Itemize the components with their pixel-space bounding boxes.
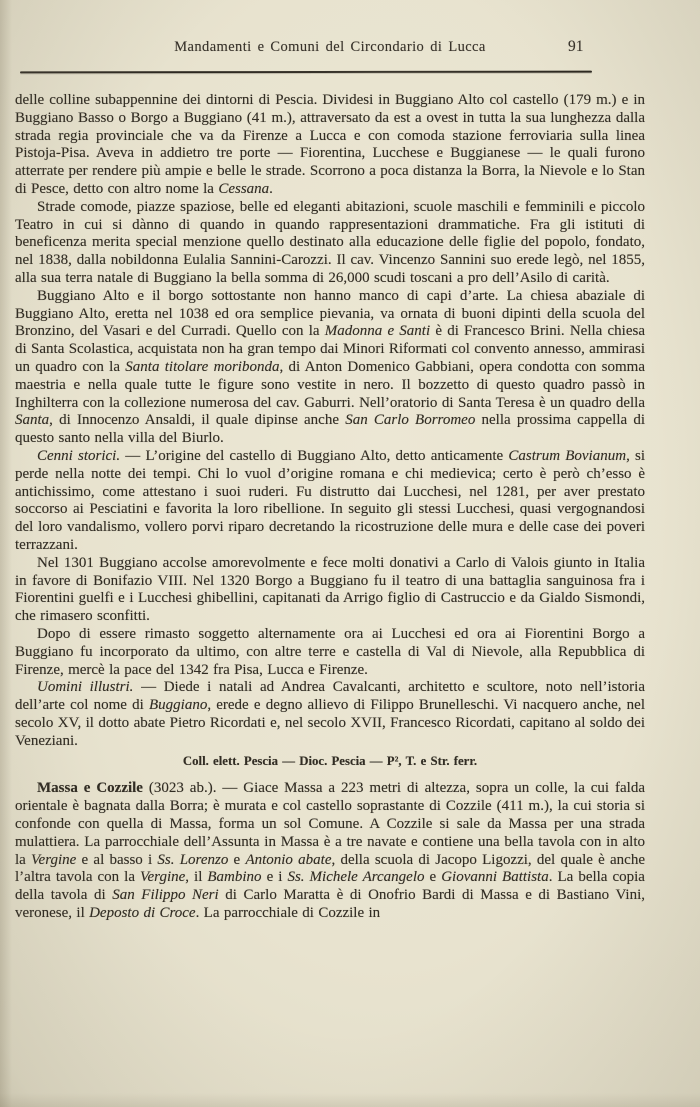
italic-text-run: Buggiano [149, 697, 207, 713]
header-rule [20, 71, 592, 74]
paragraph-uomini-illustri: Uomini illustri. — Diede i natali ad And… [15, 679, 645, 750]
text-run: , di Innocenzo Ansaldi, il quale dipinse… [49, 412, 345, 428]
administrative-note: Coll. elett. Pescia — Dioc. Pescia — P²,… [15, 754, 645, 769]
paragraph-massa-e-cozzile: Massa e Cozzile (3023 ab.). — Giace Mass… [15, 780, 645, 922]
text-run: Nel 1301 Buggiano accolse amorevolmente … [15, 555, 645, 624]
paragraph-cenni-storici: Cenni storici. — L’origine del castello … [15, 448, 645, 555]
italic-text-run: Santa [15, 412, 49, 428]
scan-edge-shadow-bottom [0, 1093, 700, 1107]
text-run: Coll. elett. Pescia — Dioc. Pescia — P²,… [183, 754, 477, 768]
text-run: e [228, 852, 245, 868]
text-run: Dopo di essere rimasto soggetto alternam… [15, 626, 645, 678]
paragraph-1301-1320: Nel 1301 Buggiano accolse amorevolmente … [15, 555, 645, 626]
paragraph-pace-1342: Dopo di essere rimasto soggetto alternam… [15, 626, 645, 679]
scan-edge-shadow-left [0, 0, 12, 1107]
italic-text-run: Uomini illustri. [37, 679, 133, 695]
italic-text-run: Castrum Bovianum [508, 448, 626, 464]
italic-text-run: Deposto di Croce [89, 905, 195, 921]
paragraph-buggiano-continuation: delle colline subappennine dei dintorni … [15, 92, 645, 199]
text-run: delle colline subappennine dei dintorni … [15, 92, 645, 197]
text-run: e i [262, 869, 288, 885]
text-run: e al basso i [76, 852, 157, 868]
italic-text-run: Antonio abate [245, 852, 331, 868]
text-run: Strade comode, piazze spaziose, belle ed… [15, 199, 645, 286]
text-run: — L’origine del castello di Buggiano Alt… [120, 448, 508, 464]
italic-text-run: San Filippo Neri [112, 887, 218, 903]
running-title: Mandamenti e Comuni del Circondario di L… [15, 39, 645, 56]
bold-text-run: Massa e Cozzile [37, 780, 143, 796]
italic-text-run: Santa titolare moribonda [125, 359, 279, 375]
italic-text-run: Bambino [207, 869, 261, 885]
paragraph-strade-e-istituti: Strade comode, piazze spaziose, belle ed… [15, 199, 645, 288]
text-run: . [269, 181, 273, 197]
page-number: 91 [568, 38, 584, 56]
italic-text-run: Cenni storici. [37, 448, 120, 464]
text-run: , il [185, 869, 207, 885]
italic-text-run: Madonna e Santi [325, 323, 430, 339]
italic-text-run: Vergine [31, 852, 76, 868]
italic-text-run: Ss. Michele Arcangelo [287, 869, 424, 885]
italic-text-run: Giovanni Battista [441, 869, 549, 885]
text-run: e [425, 869, 442, 885]
scanned-book-page: Mandamenti e Comuni del Circondario di L… [0, 0, 700, 1107]
italic-text-run: Cessana [218, 181, 269, 197]
text-run: . La parrocchiale di Cozzile in [196, 905, 381, 921]
italic-text-run: San Carlo Borromeo [345, 412, 475, 428]
italic-text-run: Ss. Lorenzo [157, 852, 228, 868]
italic-text-run: Vergine [140, 869, 185, 885]
body-text: delle colline subappennine dei dintorni … [15, 92, 645, 923]
paragraph-capi-d-arte: Buggiano Alto e il borgo sottostante non… [15, 288, 645, 448]
